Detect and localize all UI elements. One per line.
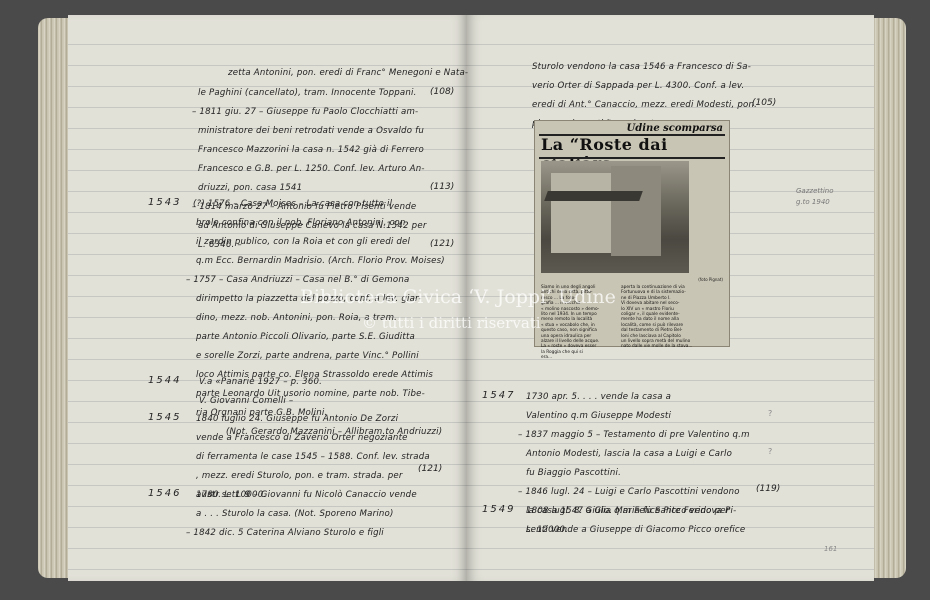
- text-line: V.a «Panarie 1927 – p. 360.: [199, 377, 322, 387]
- reference-number: (113): [430, 182, 454, 192]
- text-line: eredi di Ant.° Canaccio, mezz. eredi Mod…: [532, 100, 757, 110]
- reference-number: (119): [756, 484, 780, 494]
- text-line: brolo confina con il nob. Floriano Anton…: [196, 218, 406, 228]
- newspaper-clipping: Udine scomparsa La “Roste dai cialiârs„ …: [534, 120, 730, 347]
- clipping-photo: [541, 161, 689, 273]
- text-line: 1730 apr. 5. . . . vende la casa a: [526, 392, 671, 402]
- reference-number: (121): [418, 464, 442, 474]
- entry-number: 1549: [482, 504, 515, 515]
- text-line: (?) 1576 – Casa Moises – La casa con tut…: [193, 199, 392, 209]
- pencil-note-line: Gazzettino: [796, 186, 834, 197]
- text-line: Valentino q.m Giuseppe Modesti: [526, 411, 671, 421]
- text-line: di ferramenta le case 1545 – 1588. Conf.…: [196, 452, 430, 462]
- entry-number: 1543: [148, 197, 181, 208]
- entry-number: 1546: [148, 488, 181, 499]
- text-line: il zardin publico, con la Roia et con gl…: [196, 237, 410, 247]
- text-line: , mezz. eredi Sturolo, pon. e tram. stra…: [196, 471, 403, 481]
- pencil-note: Gazzettino g.to 1940: [796, 186, 834, 208]
- text-line: le Paghini (cancellato), tram. Innocente…: [198, 88, 417, 98]
- right-page-edges: [872, 18, 906, 578]
- reference-number: (105): [752, 98, 776, 108]
- clipping-kicker: Udine scomparsa: [627, 123, 723, 134]
- text-line: – 1837 maggio 5 – Testamento di pre Vale…: [518, 430, 750, 440]
- text-line: fu Biaggio Pascottini.: [526, 468, 621, 478]
- text-line: – 1811 giu. 27 – Giuseppe fu Paolo Clocc…: [192, 107, 418, 117]
- text-line: zetta Antonini, pon. eredi di Franc° Men…: [228, 68, 468, 78]
- pencil-note-line: g.to 1940: [796, 197, 834, 208]
- page-number: 161: [824, 545, 837, 553]
- text-line: 1780 sett. 9 – Giovanni fu Nicolò Canacc…: [196, 490, 417, 500]
- entry-number: 1547: [482, 390, 515, 401]
- text-line: Sturolo vendono la casa 1546 a Francesco…: [532, 62, 751, 72]
- text-line: Francesco Mazzorini la casa n. 1542 già …: [198, 145, 424, 155]
- text-line: senti vende a Giuseppe di Giacomo Picco …: [526, 525, 745, 535]
- text-line: q.m Ecc. Bernardin Madrisio. (Arch. Flor…: [196, 256, 445, 266]
- text-line: e sorelle Zorzi, parte andrena, parte Vi…: [196, 351, 419, 361]
- text-line: 1840 luglio 24. Giuseppe fu Antonio De Z…: [196, 414, 398, 424]
- reference-number: (108): [430, 87, 454, 97]
- text-line: verio Orter di Sappada per L. 4300. Conf…: [532, 81, 744, 91]
- text-line: – 1757 – Casa Andriuzzi – Casa nel B.° d…: [186, 275, 409, 285]
- question-mark-annotation: ?: [768, 409, 772, 418]
- watermark-line-1: Biblioteca Civica ‘V. Joppi’ Udine: [300, 286, 616, 308]
- question-mark-annotation: ?: [768, 447, 772, 456]
- text-line: driuzzi, pon. casa 1541: [198, 183, 302, 193]
- divider: [539, 157, 725, 159]
- text-line: vende a Francesco di Zaverio Orter negoz…: [196, 433, 408, 443]
- text-line: ministratore dei beni retrodati vende a …: [198, 126, 424, 136]
- text-line: – 1846 lugl. 24 – Luigi e Carlo Pascotti…: [518, 487, 740, 497]
- photo-credit: (foto Pignat): [698, 277, 723, 282]
- reference-number: (121): [430, 239, 454, 249]
- text-line: 1808 lugl. 8. Giulia q.m Felice Picco ve…: [526, 506, 736, 516]
- text-line: a . . . Sturolo la casa. (Not. Sporeno M…: [196, 509, 394, 519]
- text-line: – 1842 dic. 5 Caterina Alviano Sturolo e…: [186, 528, 384, 538]
- entry-number: 1544: [148, 375, 181, 386]
- clipping-column-2: aperta la continuazione di via Fortunuov…: [621, 285, 693, 350]
- entry-number: 1545: [148, 412, 181, 423]
- text-line: V. Giovanni Comelli –: [199, 396, 293, 406]
- watermark-line-2: © tutti i diritti riservati: [362, 314, 541, 332]
- left-page-edges: [38, 18, 72, 578]
- text-line: parte Antonio Piccoli Olivario, parte S.…: [196, 332, 415, 342]
- text-line: Francesco e G.B. per L. 1250. Conf. lev.…: [198, 164, 425, 174]
- text-line: Antonio Modesti, lascia la casa a Luigi …: [526, 449, 732, 459]
